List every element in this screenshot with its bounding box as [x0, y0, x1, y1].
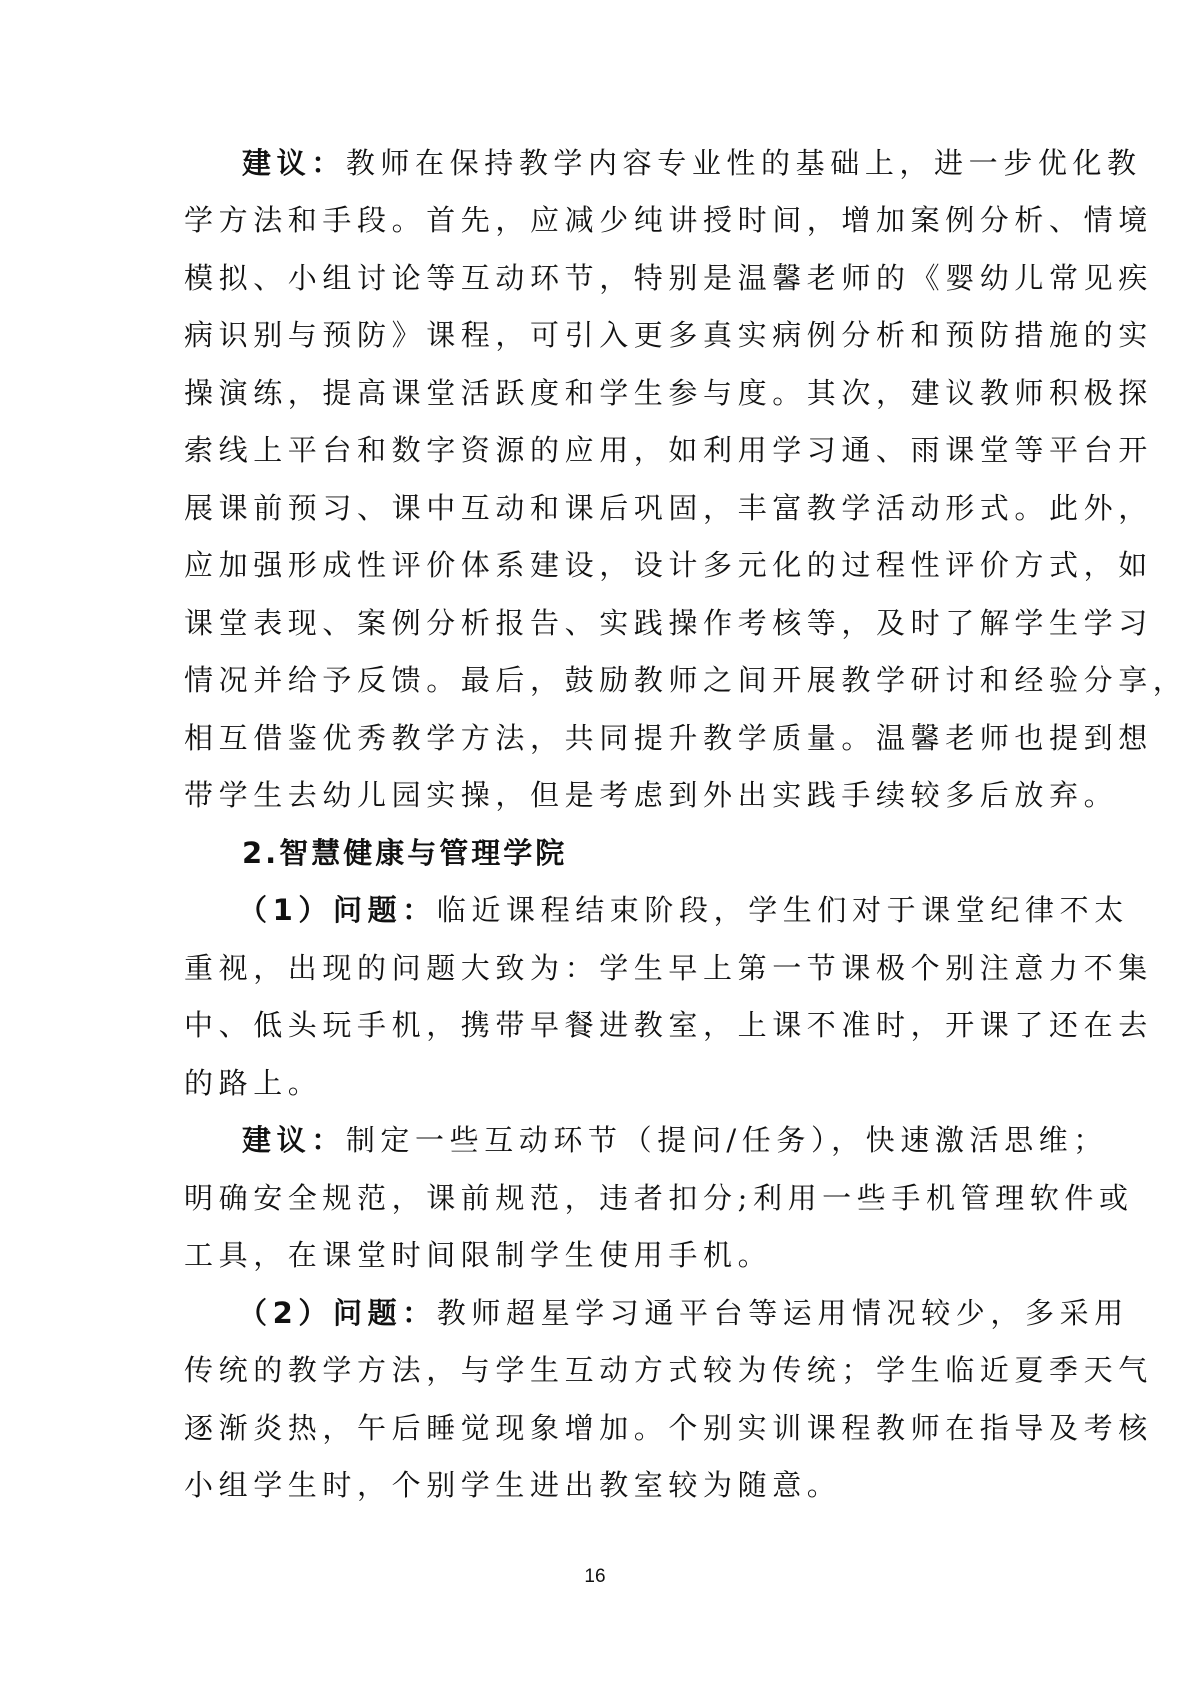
paragraph-line: 传统的教学方法，与学生互动方式较为传统；学生临近夏季天气	[184, 1350, 1024, 1390]
paragraph-line: 中、低头玩手机，携带早餐进教室，上课不准时，开课了还在去	[184, 1005, 1024, 1045]
paragraph-line: 模拟、小组讨论等互动环节，特别是温馨老师的《婴幼儿常见疾	[184, 258, 1024, 298]
problem-label: 问题：	[333, 893, 437, 927]
paragraph-line: 小组学生时，个别学生进出教室较为随意。	[184, 1465, 1024, 1505]
paragraph-line: 带学生去幼儿园实操，但是考虑到外出实践手续较多后放弃。	[184, 775, 1024, 815]
suggestion-label: 建议：	[242, 146, 346, 180]
paragraph-line: 工具，在课堂时间限制学生使用手机。	[184, 1235, 1024, 1275]
paragraph-line: 展课前预习、课中互动和课后巩固，丰富教学活动形式。此外，	[184, 488, 1024, 528]
paragraph-line: 学方法和手段。首先，应减少纯讲授时间，增加案例分析、情境	[184, 200, 1024, 240]
paragraph-line: （1）问题：临近课程结束阶段，学生们对于课堂纪律不太	[238, 890, 1078, 930]
paragraph-line: （2）问题：教师超星学习通平台等运用情况较少，多采用	[238, 1293, 1078, 1333]
paragraph-line: 课堂表现、案例分析报告、实践操作考核等，及时了解学生学习	[184, 603, 1024, 643]
section-heading: 2.智慧健康与管理学院	[242, 833, 1082, 873]
item-number: （2）	[238, 1296, 333, 1330]
paragraph-line: 操演练，提高课堂活跃度和学生参与度。其次，建议教师积极探	[184, 373, 1024, 413]
paragraph-line: 重视，出现的问题大致为：学生早上第一节课极个别注意力不集	[184, 948, 1024, 988]
paragraph-line: 建议：制定一些互动环节（提问/任务），快速激活思维；	[242, 1120, 1082, 1160]
item-number: （1）	[238, 893, 333, 927]
page-number: 16	[0, 1566, 1190, 1588]
paragraph-line: 的路上。	[184, 1063, 1024, 1103]
problem-label: 问题：	[333, 1296, 437, 1330]
paragraph-line: 相互借鉴优秀教学方法，共同提升教学质量。温馨老师也提到想	[184, 718, 1024, 758]
paragraph-line: 明确安全规范，课前规范，违者扣分;利用一些手机管理软件或	[184, 1178, 1024, 1218]
paragraph-line: 应加强形成性评价体系建设，设计多元化的过程性评价方式，如	[184, 545, 1024, 585]
paragraph-line: 情况并给予反馈。最后，鼓励教师之间开展教学研讨和经验分享，	[184, 660, 1024, 700]
suggestion-label: 建议：	[242, 1123, 346, 1157]
paragraph-line: 建议：教师在保持教学内容专业性的基础上，进一步优化教	[242, 143, 1082, 183]
paragraph-line: 逐渐炎热，午后睡觉现象增加。个别实训课程教师在指导及考核	[184, 1408, 1024, 1448]
paragraph-line: 病识别与预防》课程，可引入更多真实病例分析和预防措施的实	[184, 315, 1024, 355]
paragraph-line: 索线上平台和数字资源的应用，如利用学习通、雨课堂等平台开	[184, 430, 1024, 470]
document-page: 建议：教师在保持教学内容专业性的基础上，进一步优化教 学方法和手段。首先，应减少…	[0, 0, 1190, 1683]
